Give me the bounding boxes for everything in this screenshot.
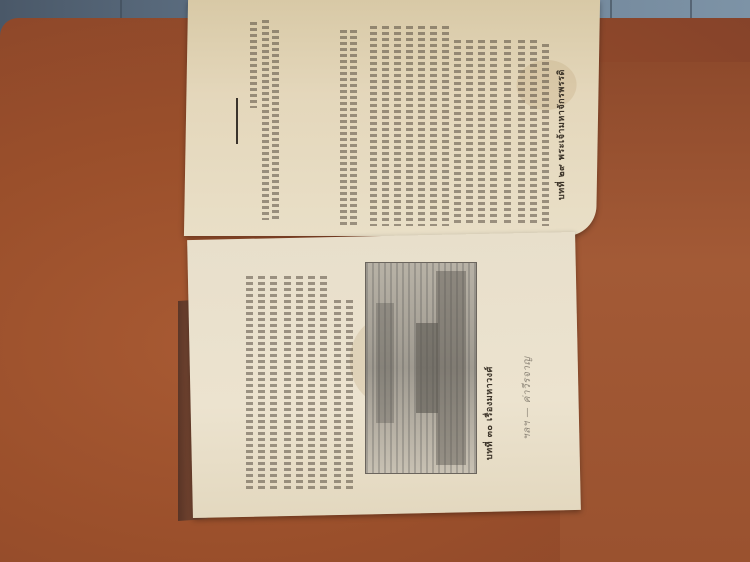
text-line [370, 26, 377, 226]
woodcut-illustration [365, 262, 477, 474]
book-page-top [184, 0, 600, 236]
text-line [418, 26, 425, 226]
text-line [320, 276, 327, 492]
text-line [262, 20, 269, 220]
text-line [334, 300, 341, 490]
text-line [454, 40, 461, 226]
text-line [530, 40, 537, 226]
text-line [284, 276, 291, 492]
chapter-number: บทที่ ๒๙ [557, 164, 567, 200]
text-line [518, 40, 525, 226]
text-line [382, 26, 389, 226]
text-line [346, 300, 353, 490]
text-line [466, 40, 473, 226]
text-line [350, 30, 357, 226]
text-line [340, 30, 347, 226]
chapter-title: เรื่องมหาวงศ์ [485, 366, 495, 421]
text-line [308, 276, 315, 492]
text-line [270, 276, 277, 492]
chapter-heading-top: บทที่ ๒๙ พระเจ้ามหาจักรพรรดิ [554, 69, 568, 200]
text-line [296, 276, 303, 492]
text-line [250, 22, 257, 108]
text-line [430, 26, 437, 226]
photo-scene: บทที่ ๒๙ พระเจ้ามหาจักรพรรดิ บทที่ ๓๐ เร… [0, 0, 750, 562]
text-line [406, 26, 413, 226]
section-rule [236, 98, 238, 144]
text-line [442, 26, 449, 226]
text-line [246, 276, 253, 492]
text-line [258, 276, 265, 492]
chapter-title: พระเจ้ามหาจักรพรรดิ [557, 69, 567, 160]
chapter-number: บทที่ ๓๐ [485, 425, 495, 460]
text-line [272, 30, 279, 220]
chapter-heading-bottom: บทที่ ๓๐ เรื่องมหาวงศ์ [482, 366, 496, 460]
text-line [490, 40, 497, 226]
text-line [394, 26, 401, 226]
text-line [542, 44, 549, 226]
handwritten-note: ฯลฯ — ค่าวีรจาญ [520, 356, 535, 440]
text-line [504, 40, 511, 226]
text-line [478, 40, 485, 226]
